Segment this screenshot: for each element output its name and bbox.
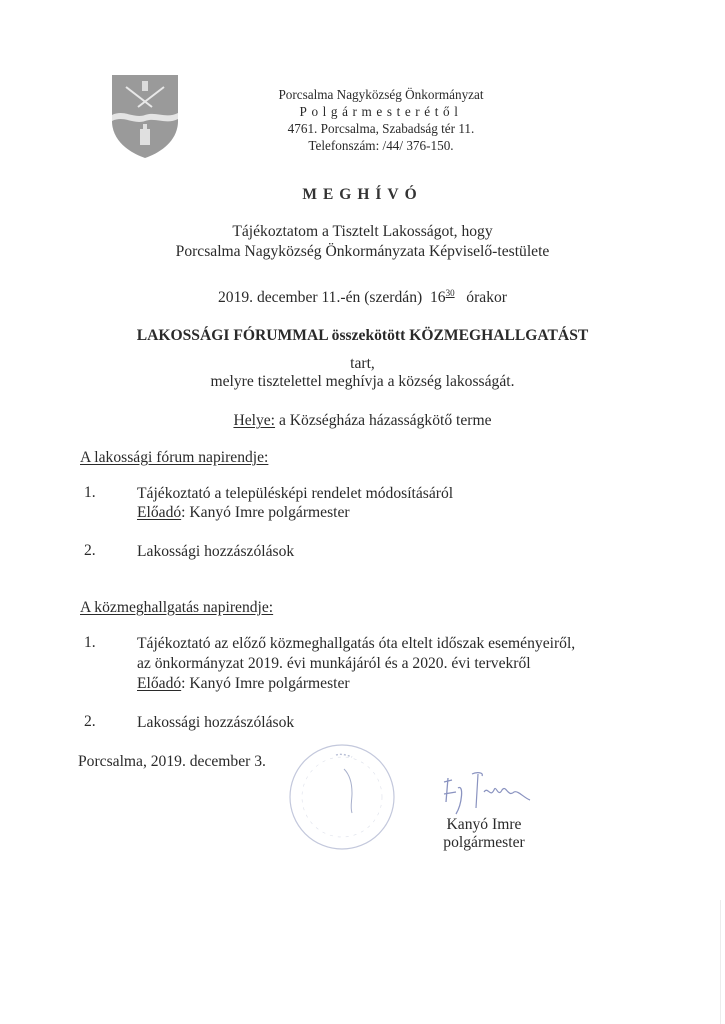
header-address: 4761. Porcsalma, Szabadság tér 11. bbox=[250, 120, 512, 137]
hearing-item-1-line2: az önkormányzat 2019. évi munkájáról és … bbox=[137, 654, 531, 674]
forum-agenda-heading: A lakossági fórum napirendje: bbox=[80, 448, 268, 468]
presenter-label: Előadó bbox=[137, 675, 181, 692]
presenter-name: : Kanyó Imre polgármester bbox=[181, 504, 349, 521]
header-office: Polgármesterétől bbox=[250, 103, 512, 120]
hearing-item-1-presenter: Előadó: Kanyó Imre polgármester bbox=[137, 674, 350, 694]
event-date: 2019. december 11.-én (szerdán) bbox=[218, 289, 422, 306]
event-venue: Helye: a Községháza házasságkötő terme bbox=[0, 411, 725, 431]
hearing-item-2-number: 2. bbox=[84, 713, 96, 731]
signer-name: Kanyó Imre bbox=[434, 815, 534, 835]
presenter-name: : Kanyó Imre polgármester bbox=[181, 675, 349, 692]
venue-label: Helye: bbox=[233, 412, 275, 429]
event-title-part2: összekötött bbox=[332, 327, 406, 344]
hearing-agenda-heading: A közmeghallgatás napirendje: bbox=[80, 598, 273, 618]
intro-line-2: Porcsalma Nagyközség Önkormányzata Képvi… bbox=[0, 242, 725, 262]
event-invitation: melyre tisztelettel meghívja a község la… bbox=[0, 372, 725, 392]
document-title: MEGHÍVÓ bbox=[0, 186, 725, 204]
forum-item-1-presenter: Előadó: Kanyó Imre polgármester bbox=[137, 503, 350, 523]
header-phone: Telefonszám: /44/ 376-150. bbox=[250, 137, 512, 154]
event-minute: 30 bbox=[446, 288, 455, 298]
municipal-coat-of-arms-icon bbox=[110, 73, 180, 159]
header-office-text: Polgármesterétől bbox=[300, 104, 463, 119]
scan-edge-line bbox=[720, 900, 721, 1024]
hearing-item-2-text: Lakossági hozzászólások bbox=[137, 713, 294, 733]
hearing-item-1-number: 1. bbox=[84, 634, 96, 652]
header-municipality: Porcsalma Nagyközség Önkormányzat bbox=[250, 86, 512, 103]
presenter-label: Előadó bbox=[137, 504, 181, 521]
forum-item-2-number: 2. bbox=[84, 542, 96, 560]
forum-item-2-text: Lakossági hozzászólások bbox=[137, 542, 294, 562]
intro-line-1: Tájékoztatom a Tisztelt Lakosságot, hogy bbox=[0, 222, 725, 242]
event-title: LAKOSSÁGI FÓRUMMAL összekötött KÖZMEGHAL… bbox=[0, 326, 725, 346]
event-time-suffix: órakor bbox=[466, 289, 507, 306]
hearing-item-1-line1: Tájékoztató az előző közmeghallgatás óta… bbox=[137, 634, 575, 654]
event-holds: tart, bbox=[0, 354, 725, 374]
event-datetime: 2019. december 11.-én (szerdán) 1630 óra… bbox=[0, 283, 725, 308]
event-hour: 16 bbox=[430, 289, 446, 306]
forum-item-1-number: 1. bbox=[84, 484, 96, 502]
venue-value: a Községháza házasságkötő terme bbox=[279, 412, 492, 429]
signer-title: polgármester bbox=[434, 833, 534, 853]
place-and-date: Porcsalma, 2019. december 3. bbox=[78, 752, 266, 772]
forum-item-1-text: Tájékoztató a településképi rendelet mód… bbox=[137, 484, 453, 504]
handwritten-signature-icon bbox=[438, 768, 538, 818]
event-title-part1: LAKOSSÁGI FÓRUMMAL bbox=[137, 327, 328, 344]
event-title-part3: KÖZMEGHALLGATÁST bbox=[409, 327, 588, 344]
official-round-stamp-icon bbox=[286, 741, 398, 853]
